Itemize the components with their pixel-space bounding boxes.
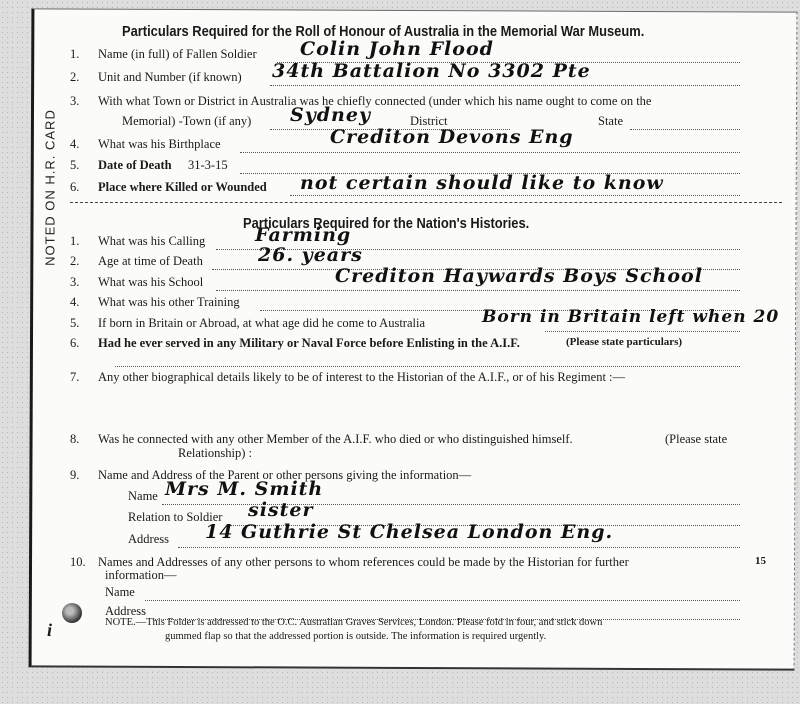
dotted-line	[270, 85, 740, 86]
pen-mark-icon: i	[47, 620, 52, 641]
value-unit: 34th Battalion No 3302 Pte	[272, 60, 591, 82]
value-calling: Farming	[255, 224, 351, 246]
footer-note-line1: NOTE.—This Folder is addressed to the O.…	[105, 617, 602, 628]
field-biographical-details: 7. Any other biographical details likely…	[70, 370, 740, 388]
value-town: Sydney	[290, 104, 371, 126]
field-town: 3. With what Town or District in Austral…	[70, 94, 740, 112]
side-stamp: NOTED ON H.R. CARD	[40, 60, 60, 320]
value-age-arrived: Born in Britain left when 20	[482, 307, 779, 327]
field-other-name: Name	[70, 585, 740, 603]
value-age: 26. years	[258, 244, 363, 266]
footer-note-line2: gummed flap so that the addressed portio…	[165, 631, 546, 642]
value-place-killed: not certain should like to know	[300, 172, 664, 194]
value-relation: sister	[248, 499, 314, 521]
value-informant-address: 14 Guthrie St Chelsea London Eng.	[205, 521, 613, 543]
value-date-of-death: 31-3-15	[188, 158, 228, 173]
value-school: Crediton Haywards Boys School	[335, 265, 703, 287]
value-informant-name: Mrs M. Smith	[165, 478, 323, 500]
margin-mark: 15	[755, 555, 766, 567]
seal-icon	[62, 603, 82, 623]
value-birthplace: Crediton Devons Eng	[330, 126, 574, 148]
value-name: Colin John Flood	[300, 38, 494, 60]
field-prior-service: 6. Had he ever served in any Military or…	[70, 336, 740, 354]
section-divider	[70, 202, 782, 203]
field-calling: 1. What was his Calling	[70, 234, 740, 252]
